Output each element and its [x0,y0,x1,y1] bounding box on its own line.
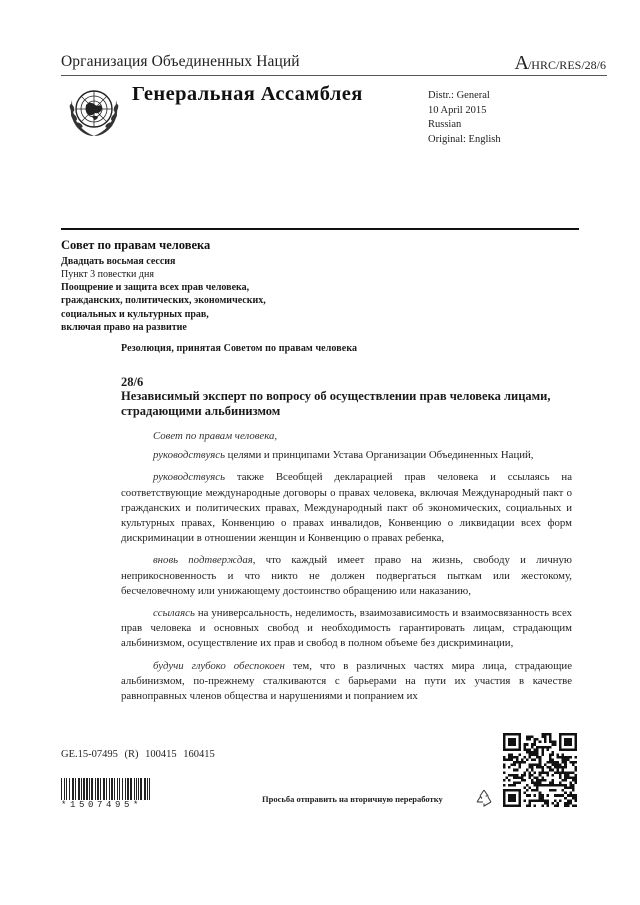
agenda-title-line: включая право на развитие [61,321,266,334]
paragraph-lead: будучи глубоко обеспокоен [153,660,285,672]
resolution-title: Независимый эксперт по вопросу об осущес… [121,389,561,419]
recycle-note: Просьба отправить на вторичную переработ… [262,794,443,804]
distribution-block: Distr.: General 10 April 2015 Russian Or… [428,89,501,147]
agenda-title-line: социальных и культурных прав, [61,308,266,321]
assembly-name: Генеральная Ассамблея [132,83,363,106]
distribution-type: Distr.: General [428,89,501,104]
session-name: Двадцать восьмая сессия [61,255,175,268]
agenda-item: Пункт 3 повестки дня [61,268,154,281]
document-date: 10 April 2015 [428,104,501,119]
paragraph-lead: руководствуясь [153,471,225,483]
job-number: GE.15-07495 (R) 100415 160415 [61,749,215,760]
paragraph-lead: ссылаясь [153,607,195,619]
resolution-body: Совет по правам человека, руководствуясь… [121,429,572,711]
barcode-text: *1507495* [61,800,153,810]
header-rule [61,75,607,76]
opening-line: Совет по правам человека, [121,429,572,444]
paragraph-lead: руководствуясь [153,449,225,461]
agenda-title-line: гражданских, политических, экономических… [61,294,266,307]
preamble-paragraph: будучи глубоко обеспокоен тем, что в раз… [121,659,572,705]
recycle-icon [474,788,494,808]
council-name: Совет по правам человека [61,238,210,253]
preamble-paragraph: руководствуясь целями и принципами Устав… [121,448,572,463]
qr-code-icon [503,733,577,807]
un-emblem-icon [62,80,126,144]
agenda-title-line: Поощрение и защита всех прав человека, [61,281,266,294]
organization-name: Организация Объединенных Наций [61,53,300,71]
symbol-suffix: /HRC/RES/28/6 [528,58,606,72]
preamble-paragraph: ссылаясь на универсальность, неделимость… [121,606,572,652]
barcode-icon [61,778,151,800]
agenda-title: Поощрение и защита всех прав человека, г… [61,281,266,334]
resolution-number: 28/6 [121,375,143,390]
preamble-paragraph: вновь подтверждая, что каждый имеет прав… [121,553,572,599]
original-language: Original: English [428,133,501,148]
symbol-prefix: A [515,52,528,74]
document-language: Russian [428,118,501,133]
section-rule [61,228,579,230]
paragraph-lead: вновь подтверждая [153,554,253,566]
adopted-by: Резолюция, принятая Советом по правам че… [121,343,357,354]
document-symbol: A/HRC/RES/28/6 [515,52,606,75]
preamble-paragraph: руководствуясь также Всеобщей декларацие… [121,470,572,546]
